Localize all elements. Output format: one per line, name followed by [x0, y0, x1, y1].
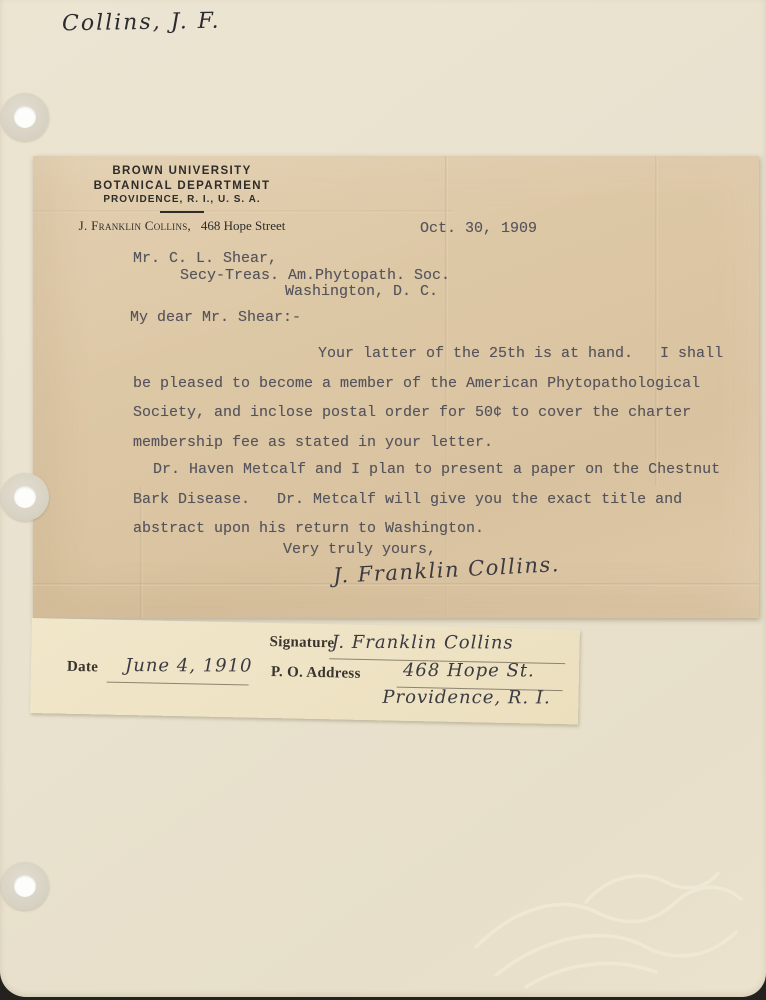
- letterhead-contact-name: J. Franklin Collins,: [79, 218, 191, 233]
- slip-date-rule: [107, 682, 249, 686]
- letterhead-contact-spacer: [191, 218, 201, 233]
- recipient-city: Washington, D. C.: [285, 284, 450, 301]
- body-line: be pleased to become a member of the Ame…: [133, 369, 723, 399]
- body-line: Dr. Haven Metcalf and I plan to present …: [133, 455, 720, 485]
- body-line: Your latter of the 25th is at hand. I sh…: [133, 339, 723, 369]
- letterhead-department: BOTANICAL DEPARTMENT: [77, 179, 287, 194]
- letterhead-rule: [160, 211, 204, 213]
- closing-line: Very truly yours,: [283, 541, 436, 558]
- body-line: Bark Disease. Dr. Metcalf will give you …: [133, 485, 720, 515]
- body-paragraph-1: Your latter of the 25th is at hand. I sh…: [133, 339, 723, 457]
- page-annotation: Collins, J. F.: [62, 9, 221, 37]
- punch-hole-center: [14, 106, 36, 128]
- membership-slip: Signature J. Franklin Collins Date June …: [30, 618, 580, 724]
- embossed-watermark: [466, 807, 766, 997]
- punch-hole-middle: [1, 473, 49, 521]
- letter-date: Oct. 30, 1909: [420, 220, 537, 237]
- album-page: Collins, J. F. BROWN UNIVERSITY BOTANICA…: [0, 0, 766, 997]
- letter-document: BROWN UNIVERSITY BOTANICAL DEPARTMENT PR…: [33, 156, 759, 618]
- punch-hole-center: [14, 875, 36, 897]
- letterhead: BROWN UNIVERSITY BOTANICAL DEPARTMENT PR…: [77, 164, 287, 234]
- punch-hole-center: [14, 486, 36, 508]
- letterhead-university: BROWN UNIVERSITY: [77, 164, 287, 179]
- body-line: membership fee as stated in your letter.: [133, 428, 723, 458]
- slip-address-value: 468 Hope St.: [403, 660, 535, 681]
- body-line: Society, and inclose postal order for 50…: [133, 398, 723, 428]
- letterhead-contact-address: 468 Hope Street: [201, 218, 285, 233]
- slip-signature-value: J. Franklin Collins: [332, 632, 514, 654]
- slip-date-value: June 4, 1910: [125, 655, 253, 676]
- recipient-block: Mr. C. L. Shear, Secy-Treas. Am.Phytopat…: [133, 251, 450, 301]
- slip-signature-label: Signature: [269, 634, 334, 652]
- recipient-name: Mr. C. L. Shear,: [133, 251, 450, 268]
- punch-hole-top: [1, 93, 49, 141]
- punch-hole-bottom: [1, 862, 49, 910]
- recipient-title: Secy-Treas. Am.Phytopath. Soc.: [180, 268, 450, 285]
- letterhead-contact: J. Franklin Collins, 468 Hope Street: [77, 218, 287, 234]
- body-paragraph-2: Dr. Haven Metcalf and I plan to present …: [133, 455, 720, 544]
- letterhead-location: PROVIDENCE, R. I., U. S. A.: [77, 193, 287, 207]
- slip-address-label: P. O. Address: [271, 664, 361, 683]
- slip-date-label: Date: [67, 659, 99, 677]
- salutation: My dear Mr. Shear:-: [130, 309, 301, 326]
- body-line: abstract upon his return to Washington.: [133, 514, 720, 544]
- slip-address-value-line2: Providence, R. I.: [382, 687, 550, 709]
